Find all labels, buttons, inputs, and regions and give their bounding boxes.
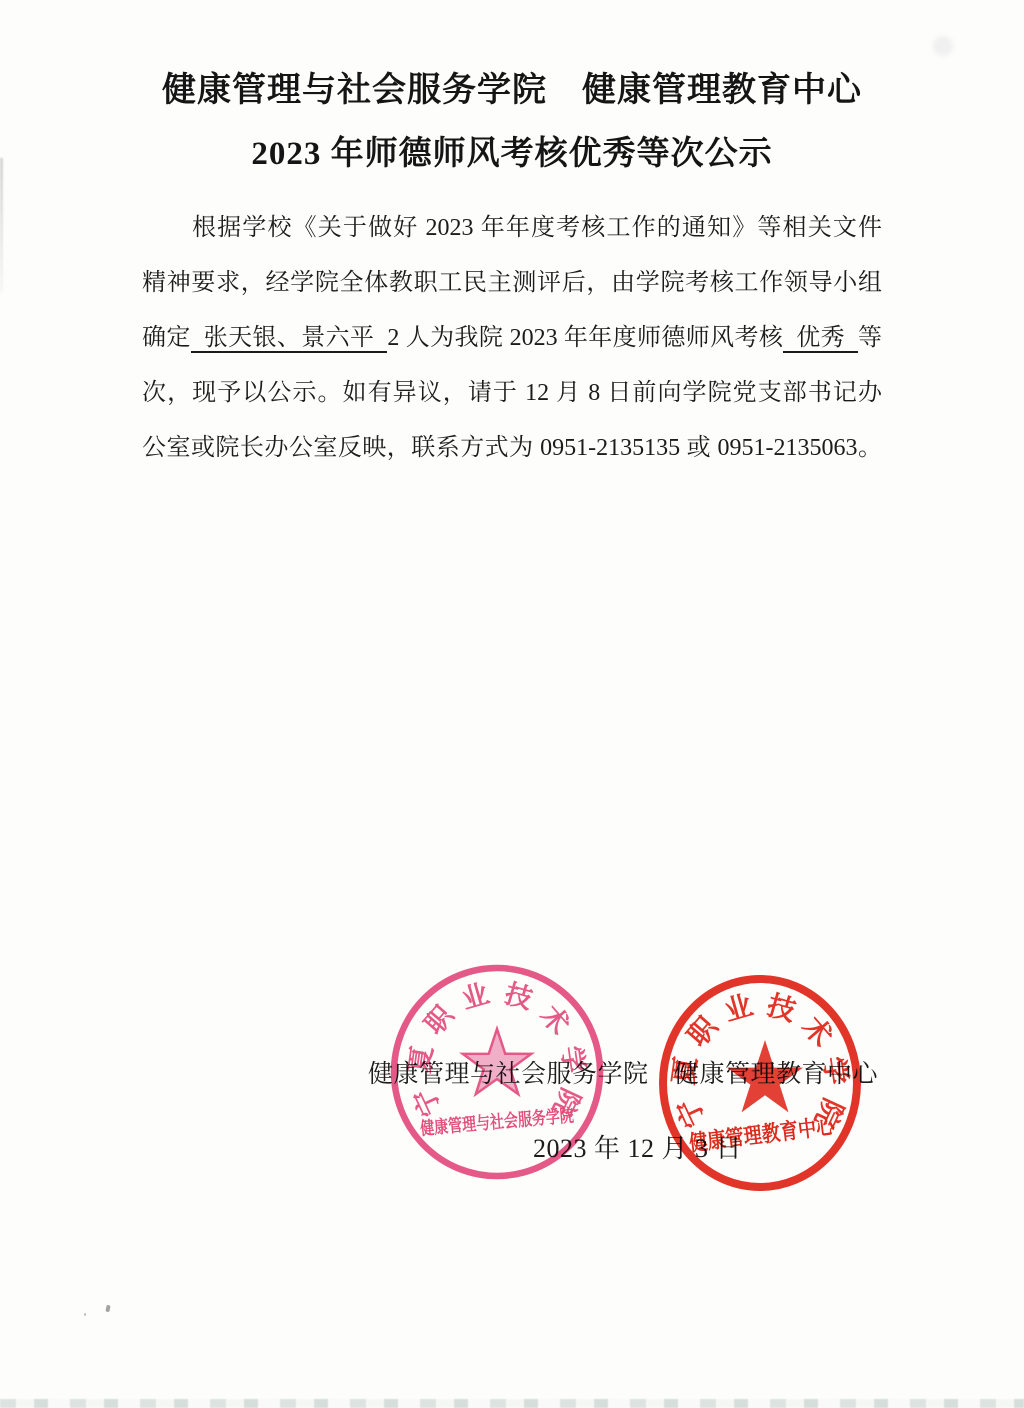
- seal-right-education-center: 宁 夏 职 业 技 术 学 院 健康管理教育中心: [652, 975, 868, 1191]
- body-line-3: 确定张天银、景六平2 人为我院 2023 年年度师德师风考核优秀等: [142, 311, 882, 366]
- body-line-3-seg1: 确定: [142, 325, 191, 351]
- awardee-names-underlined: 张天银、景六平: [191, 325, 388, 353]
- seal-arc-char: 宁: [670, 1093, 712, 1132]
- seal-arc-char: 夏: [404, 1044, 438, 1075]
- title-line-1: 健康管理与社会服务学院 健康管理教育中心: [0, 68, 1024, 114]
- seal-arc-char: 宁: [408, 1083, 448, 1121]
- scan-artifact-speck: [84, 1313, 86, 1316]
- seal-arc-char: 职: [419, 999, 461, 1040]
- seal-arc-char: 业: [458, 978, 492, 1015]
- seal-arc-char: 技: [763, 988, 799, 1027]
- scan-artifact-bottom-strip: [0, 1399, 1024, 1408]
- seal-arc-char: 学: [555, 1044, 589, 1075]
- body-line-4: 次，现予以公示。如有异议，请于 12 月 8 日前向学院党支部书记办: [142, 366, 882, 421]
- seal-arc-char: 技: [501, 978, 535, 1015]
- seal-arc-char: 业: [720, 988, 756, 1027]
- grade-underlined: 优秀: [783, 325, 858, 353]
- star-icon: [463, 1029, 531, 1094]
- body-line-5: 公室或院长办公室反映，联系方式为 0951-2135135 或 0951-213…: [142, 421, 882, 476]
- seal-arc-char: 学: [817, 1054, 854, 1086]
- star-icon: [727, 1040, 803, 1112]
- seal-right-svg: 宁 夏 职 业 技 术 学 院 健康管理教育中心: [652, 975, 868, 1191]
- body-line-1: 根据学校《关于做好 2023 年年度考核工作的通知》等相关文件: [142, 201, 882, 256]
- body-paragraph: 根据学校《关于做好 2023 年年度考核工作的通知》等相关文件 精神要求，经学院…: [142, 201, 882, 476]
- body-line-3-seg3: 等: [858, 325, 882, 351]
- seal-left-svg: 宁 夏 职 业 技 术 学 院 健康管理与社会服务学院: [389, 964, 605, 1180]
- body-line-2: 精神要求，经学院全体教职工民主测评后，由学院考核工作领导小组: [142, 256, 882, 311]
- seal-left-health-social-services: 宁 夏 职 业 技 术 学 院 健康管理与社会服务学院: [389, 964, 605, 1180]
- body-line-3-seg2: 2 人为我院 2023 年年度师德师风考核: [387, 325, 783, 351]
- scan-artifact-speck: [105, 1305, 110, 1313]
- seal-arc-char: 夏: [666, 1054, 703, 1086]
- scan-artifact-smudge: [933, 36, 953, 56]
- scan-artifact-left-streak: [0, 158, 3, 293]
- scanned-notice-page: { "title": { "line1": "健康管理与社会服务学院 健康管理教…: [0, 0, 1024, 1408]
- title-line-2: 2023 年师德师风考核优秀等次公示: [0, 131, 1024, 177]
- seal-arc-char: 术: [533, 999, 575, 1040]
